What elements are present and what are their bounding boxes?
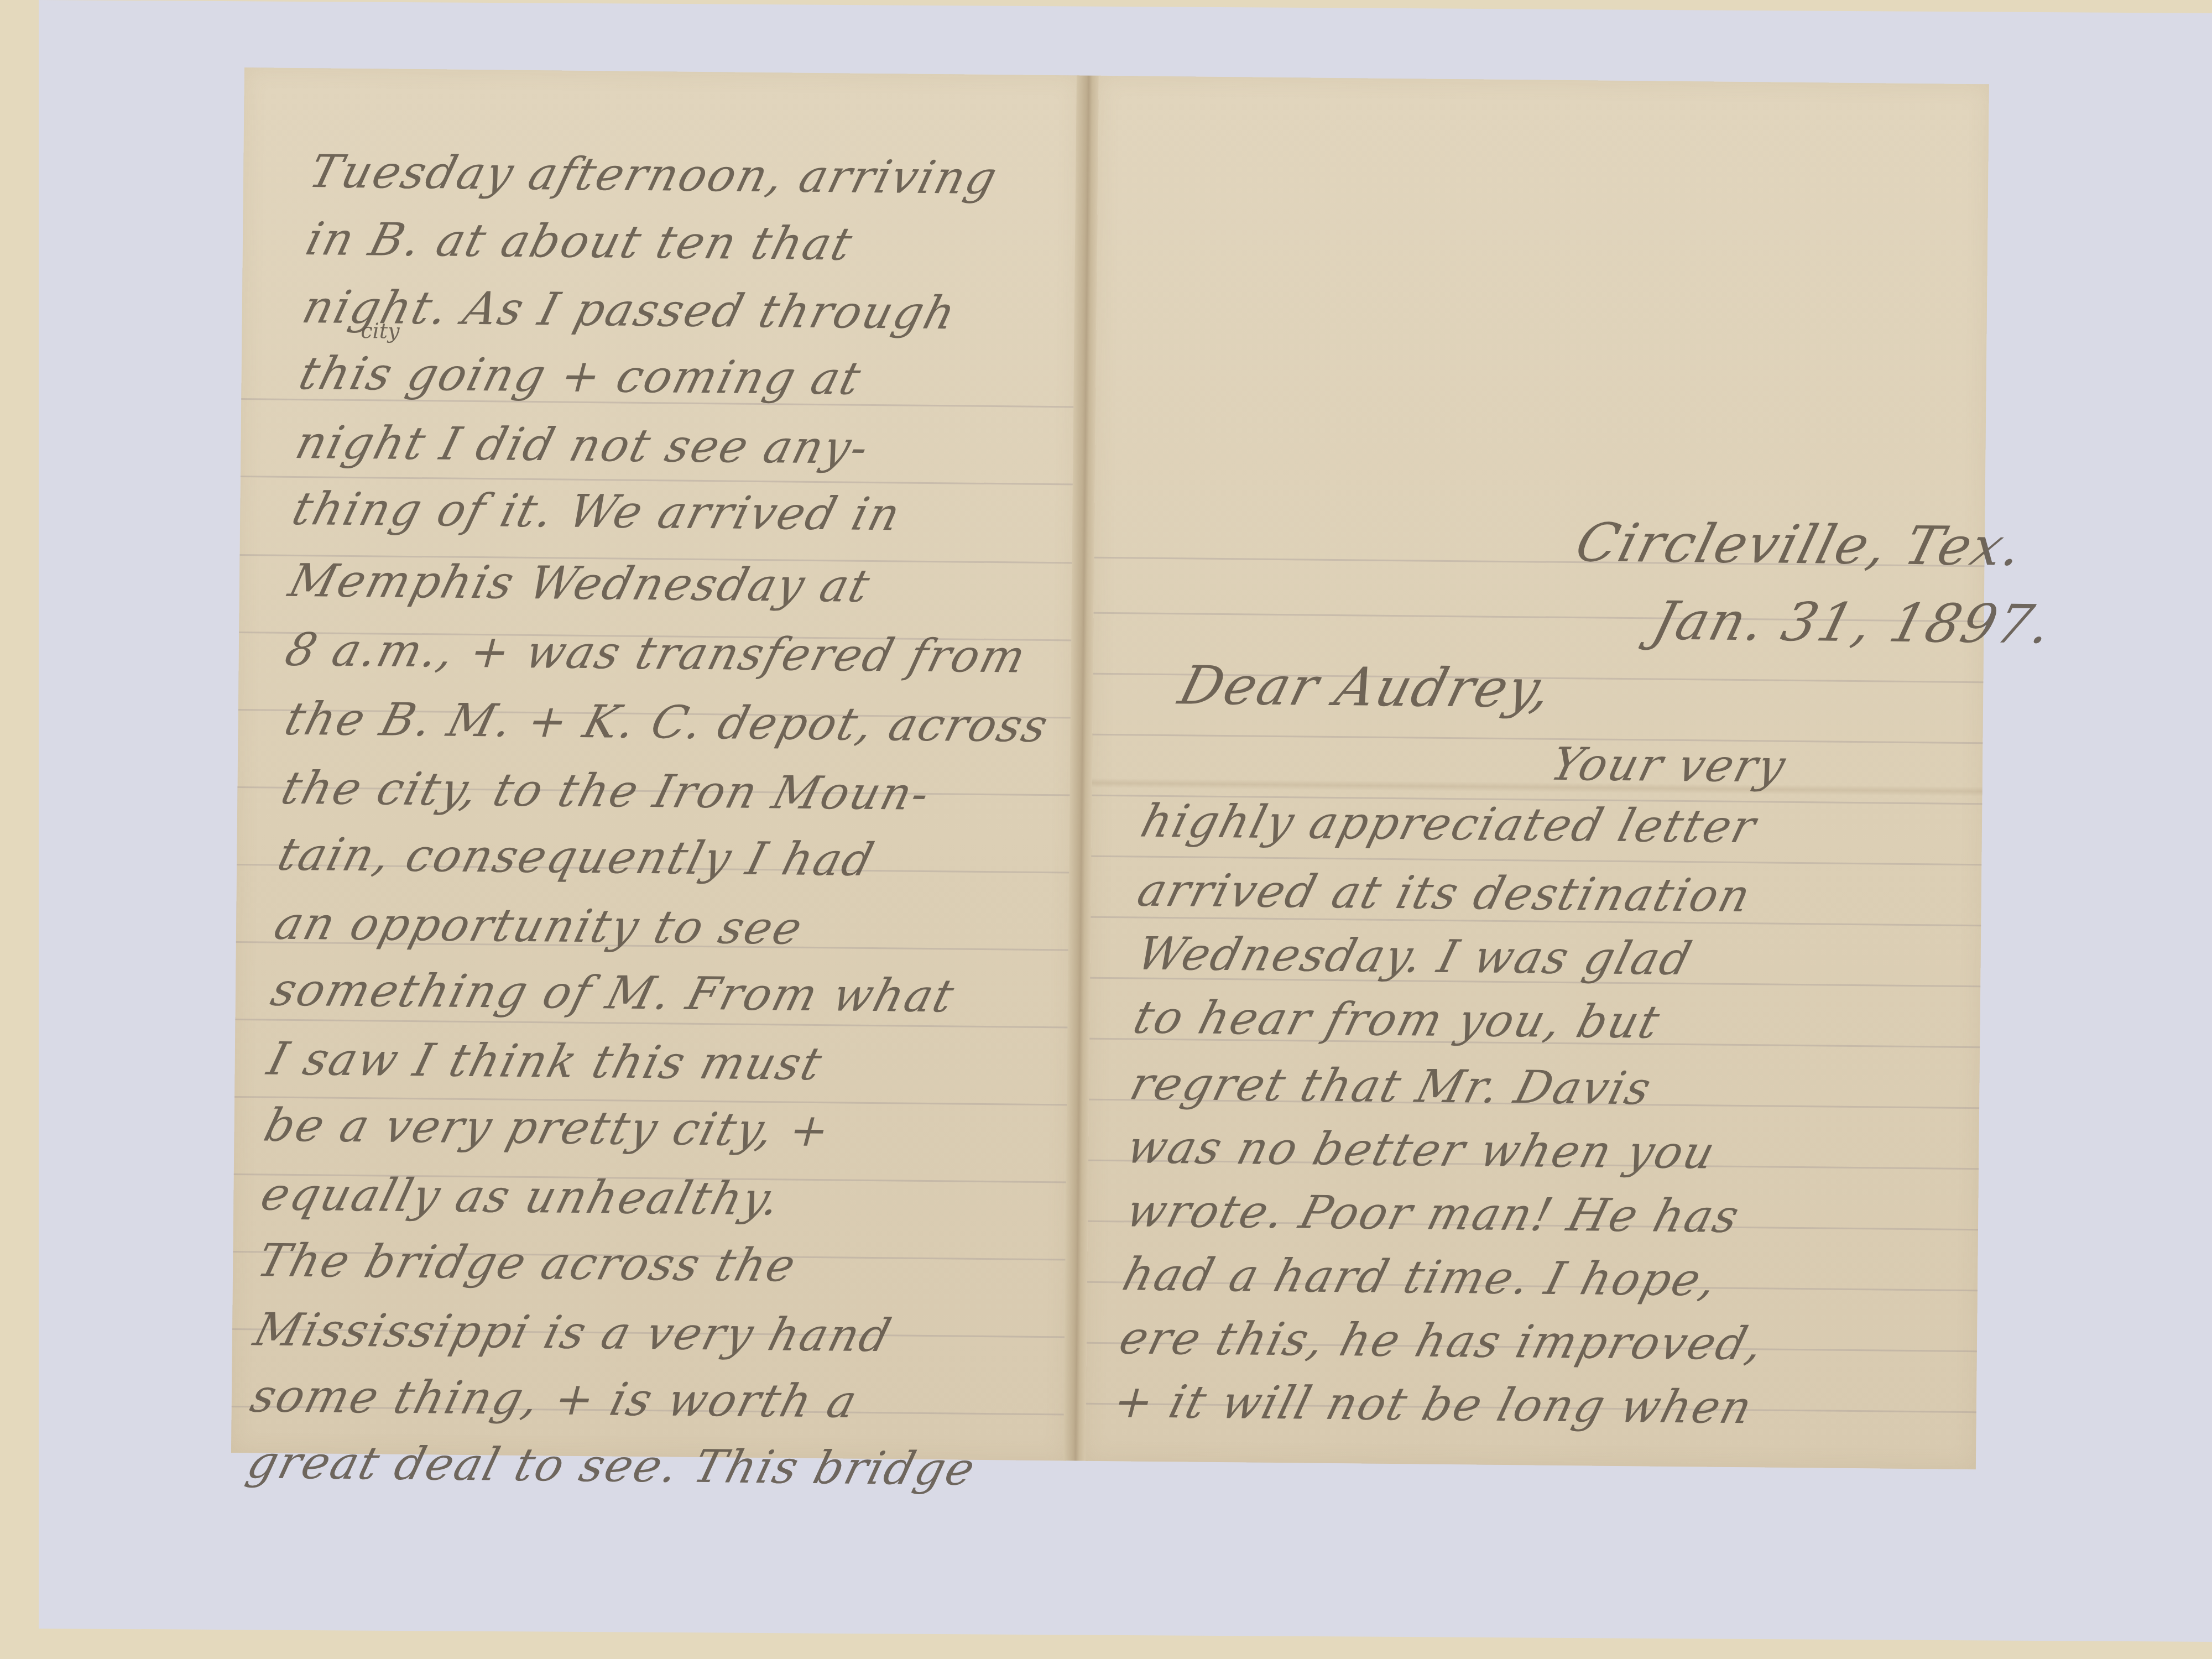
left-page: Tuesday afternoon, arriving in B. at abo…	[231, 67, 1079, 1460]
text-line: had a hard time. I hope,	[1118, 1248, 1724, 1306]
text-line: Your very	[1546, 738, 1792, 793]
text-line: was no better when you	[1121, 1121, 1722, 1180]
right-page-text: Circleville, Tex. Jan. 31, 1897. Dear Au…	[1086, 76, 1989, 1469]
text-line: 8 a.m., + was transfered from	[280, 624, 1032, 684]
text-line: The bridge across the	[252, 1234, 802, 1292]
text-line: night I did not see any-	[290, 416, 875, 474]
text-line: the B. M. + K. C. depot, across	[279, 693, 1055, 753]
text-line: Tuesday afternoon, arriving	[304, 145, 1004, 205]
place-line: Circleville, Tex.	[1569, 512, 2031, 577]
text-line: some thing, + is worth a	[245, 1370, 863, 1428]
text-line: I saw I think this must	[262, 1033, 828, 1091]
text-line: thing of it. We arrived in	[287, 483, 907, 541]
text-line: to hear from you, but	[1128, 992, 1666, 1049]
text-line: something of M. From what	[266, 964, 961, 1023]
text-line: equally as unhealthy.	[255, 1168, 787, 1226]
text-line: + it will not be long when	[1108, 1375, 1759, 1434]
text-line: arrived at its destination	[1132, 864, 1757, 922]
text-line: wrote. Poor man! He has	[1121, 1185, 1746, 1243]
text-line: great deal to see. This bridge	[242, 1436, 982, 1495]
text-line: regret that Mr. Davis	[1125, 1058, 1658, 1115]
text-line: Mississippi is a very hand	[249, 1303, 898, 1362]
text-line: highly appreciated letter	[1136, 795, 1763, 853]
text-line: ere this, he has improved,	[1114, 1312, 1771, 1370]
text-line: Memphis Wednesday at	[284, 555, 877, 613]
text-line: the city, to the Iron Moun-	[276, 762, 936, 821]
text-line: be a very pretty city, +	[259, 1099, 837, 1157]
insertion-note: city	[361, 319, 400, 343]
text-line: Wednesday. I was glad	[1131, 928, 1698, 985]
text-line: tain, consequently I had	[273, 828, 880, 886]
text-line: in B. at about ten that	[301, 213, 859, 270]
salutation: Dear Audrey,	[1173, 654, 1560, 719]
right-page: Circleville, Tex. Jan. 31, 1897. Dear Au…	[1086, 76, 1989, 1469]
text-line: an opportunity to see	[269, 898, 809, 955]
text-line: this going + coming at	[294, 347, 867, 405]
left-page-text: Tuesday afternoon, arriving in B. at abo…	[231, 67, 1079, 1460]
date-line: Jan. 31, 1897.	[1646, 590, 2060, 656]
letter-sheet: Tuesday afternoon, arriving in B. at abo…	[231, 67, 1989, 1469]
